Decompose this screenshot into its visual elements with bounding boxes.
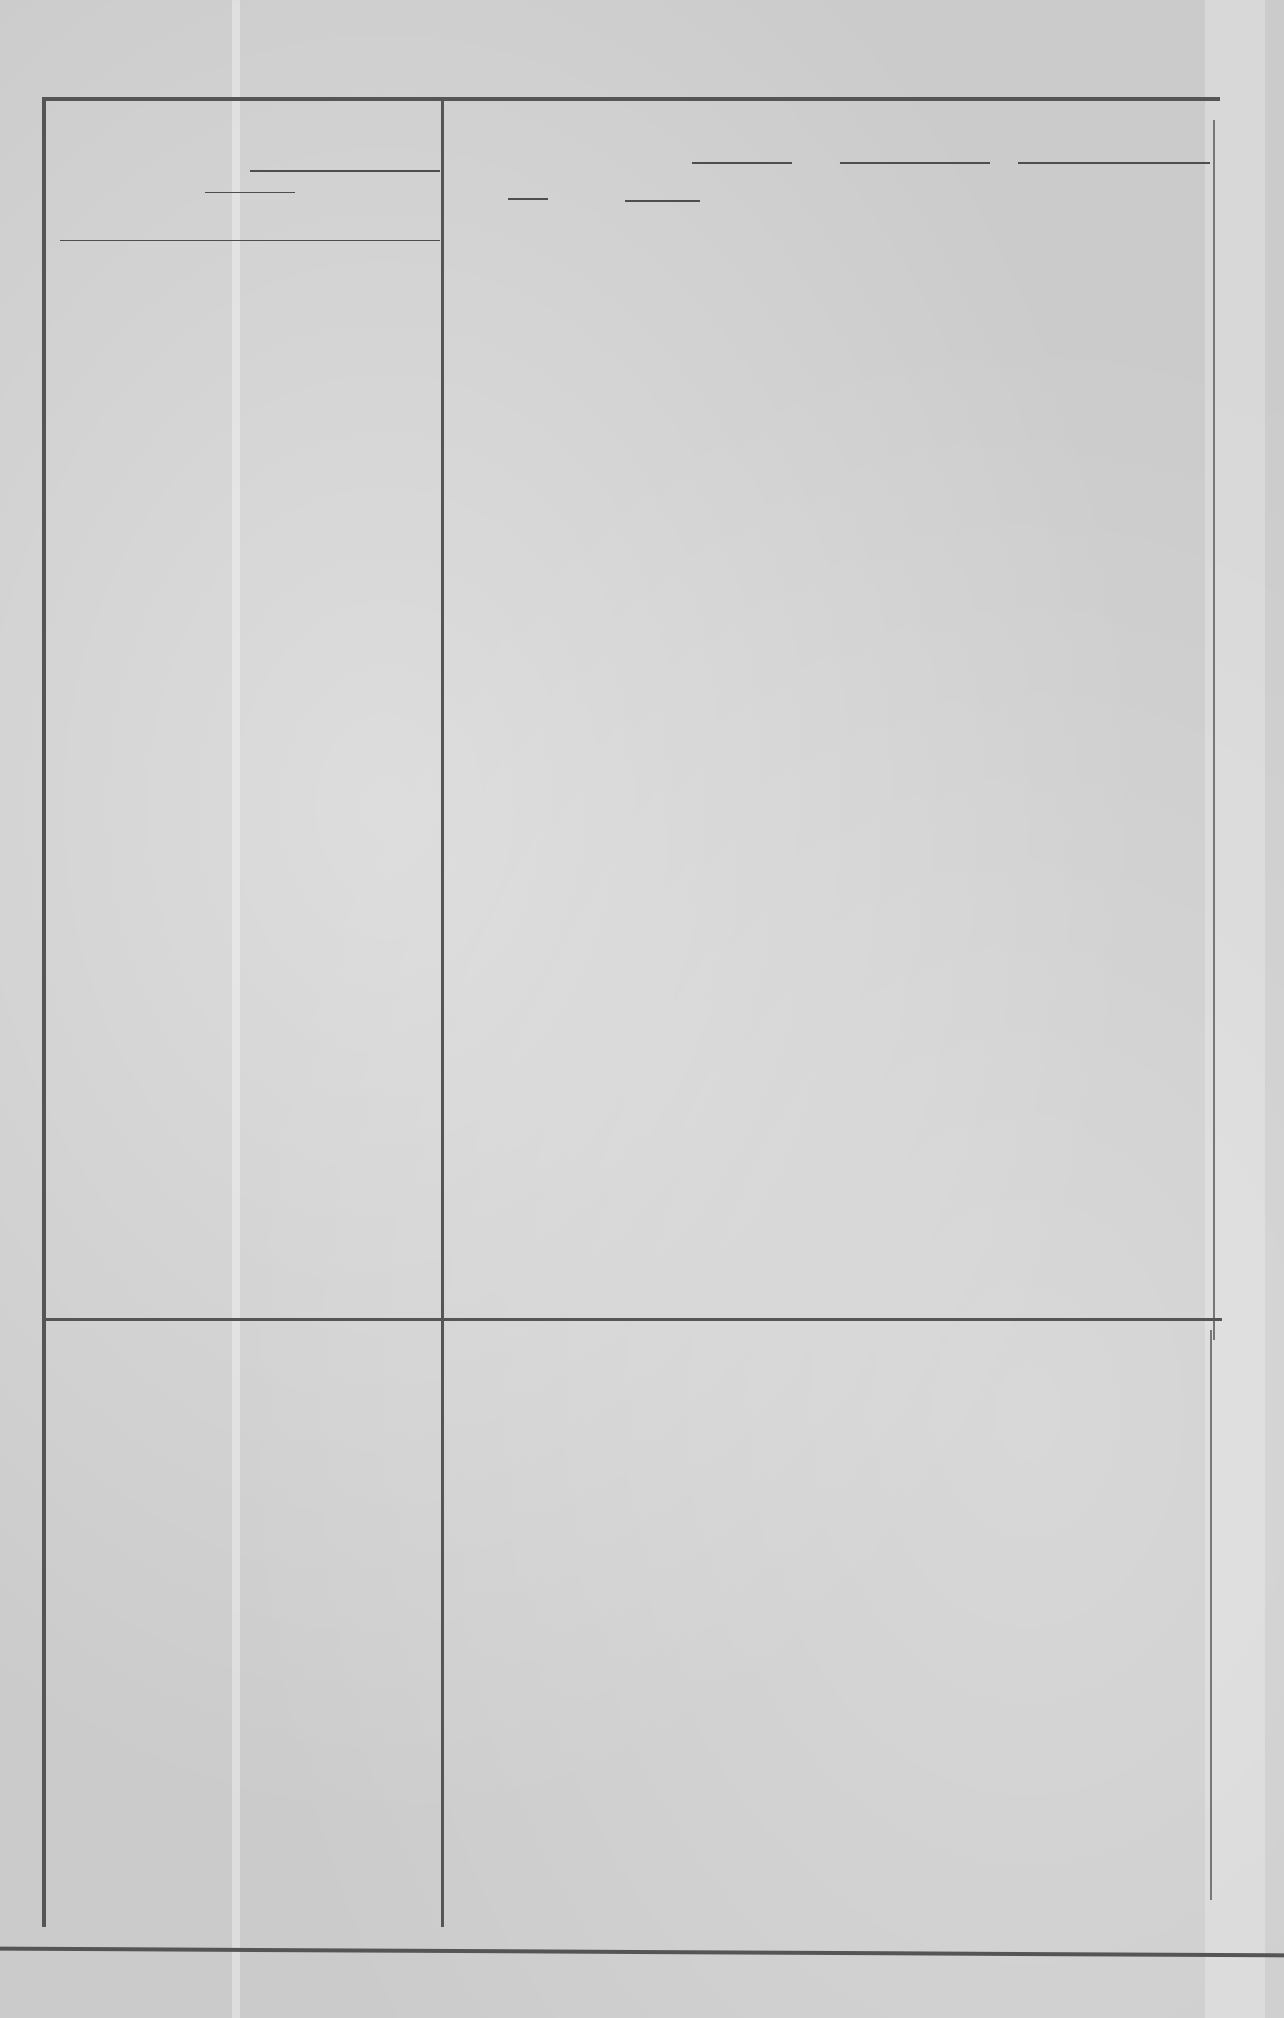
right-border [1213,120,1215,1340]
field-rule [840,162,990,164]
document-page [0,0,1284,2018]
fold-crease [232,0,240,2018]
field-rule [625,200,700,202]
field-rule [508,198,548,200]
margin-rule [60,240,440,241]
record-separator [42,1318,1222,1321]
field-rule [692,162,792,164]
bottom-border [0,1947,1284,1958]
field-rule [1018,162,1210,164]
column-divider [441,97,444,1927]
left-border [42,97,46,1927]
right-border [1210,1330,1212,1900]
numero-underline [205,192,295,193]
top-border [42,97,1220,101]
numero-rule [250,170,440,172]
